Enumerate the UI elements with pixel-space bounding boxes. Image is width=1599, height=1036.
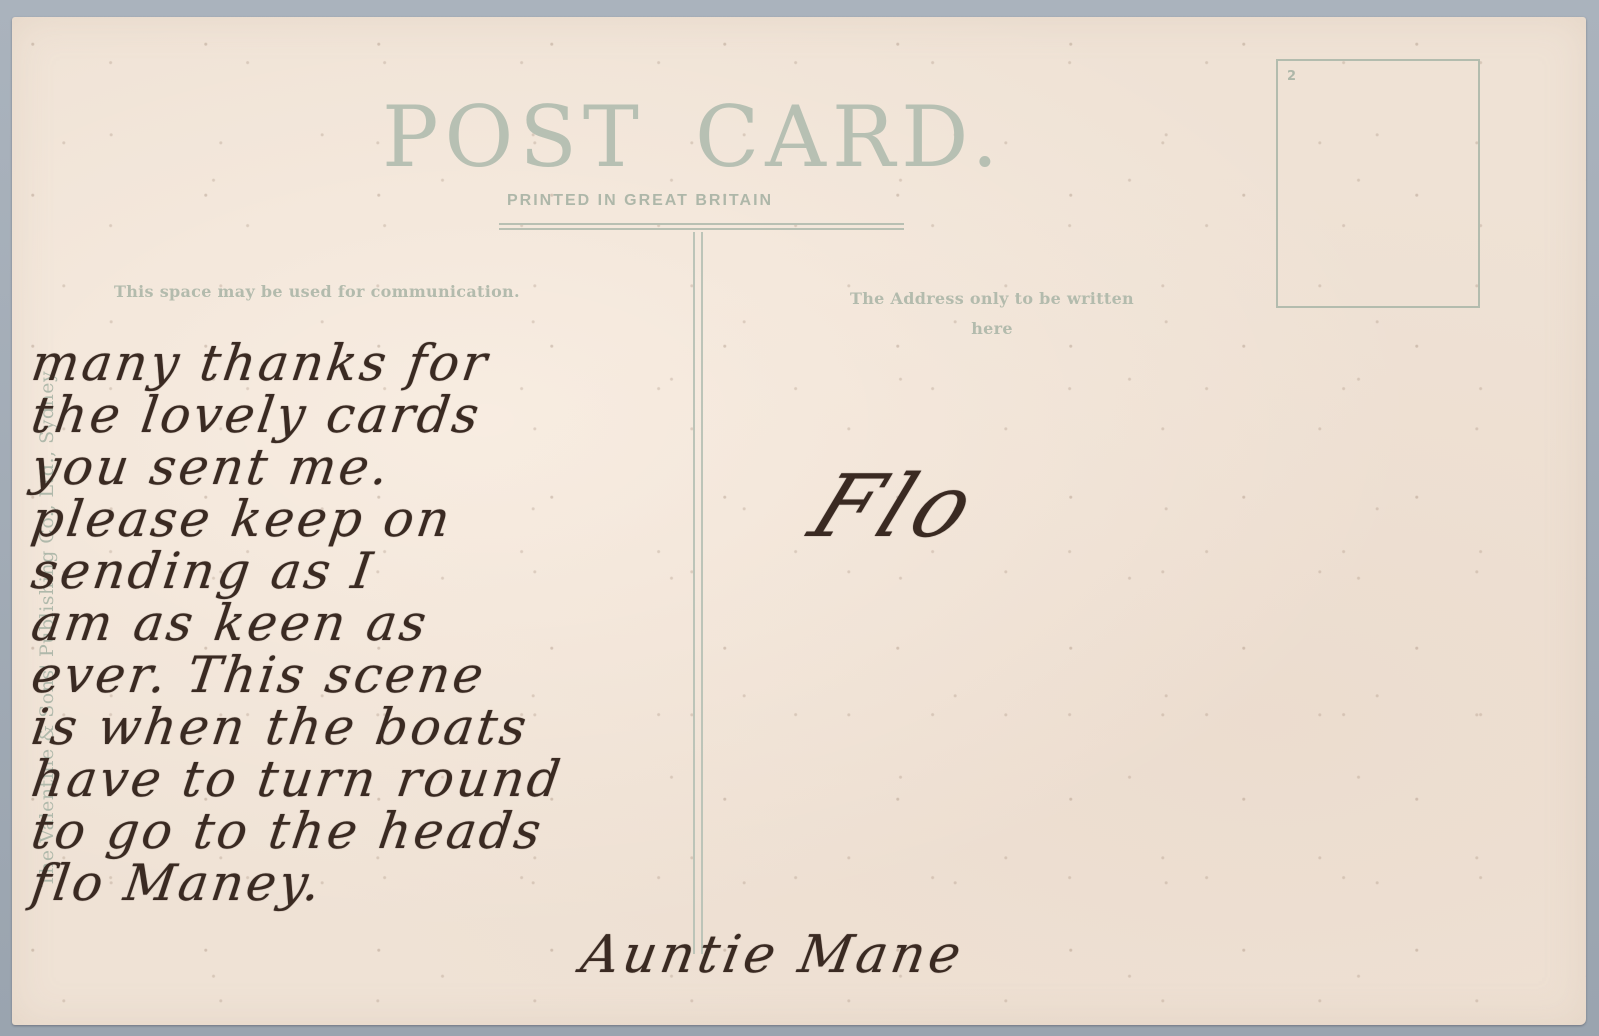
divider-line-right <box>701 232 703 954</box>
stamp-box: 2 <box>1276 59 1480 308</box>
message-line: to go to the heads <box>28 805 566 857</box>
address-label: The Address only to be written here <box>782 284 1202 344</box>
title-rule-bottom <box>499 228 904 230</box>
scan-background: POSTCARD. PRINTED IN GREAT BRITAIN 2 Thi… <box>0 0 1599 1036</box>
handwritten-address: Flo <box>797 457 994 557</box>
message-line: flo Maney. <box>28 857 566 909</box>
communication-label: This space may be used for communication… <box>114 282 520 301</box>
center-divider <box>693 232 705 954</box>
title-word-card: CARD. <box>695 88 1004 186</box>
message-line: many thanks for <box>28 337 566 389</box>
handwritten-signature: Auntie Mane <box>577 925 969 985</box>
stamp-box-number: 2 <box>1287 69 1296 84</box>
printed-in-label: PRINTED IN GREAT BRITAIN <box>507 192 773 210</box>
message-line: am as keen as <box>28 597 566 649</box>
message-line: the lovely cards <box>28 389 566 441</box>
postcard-back: POSTCARD. PRINTED IN GREAT BRITAIN 2 Thi… <box>12 17 1586 1025</box>
message-line: you sent me. <box>28 441 566 493</box>
divider-line-left <box>693 232 695 954</box>
message-line: ever. This scene <box>28 649 566 701</box>
message-line: have to turn round <box>28 753 566 805</box>
postcard-title: POSTCARD. <box>382 95 1062 179</box>
message-line: sending as I <box>28 545 566 597</box>
title-rule-top <box>499 223 904 225</box>
address-label-line-1: The Address only to be written <box>782 284 1202 314</box>
title-word-post: POST <box>382 88 645 186</box>
message-line: is when the boats <box>28 701 566 753</box>
handwritten-message: many thanks for the lovely cards you sen… <box>32 337 563 909</box>
address-label-line-2: here <box>782 314 1202 344</box>
message-line: please keep on <box>28 493 566 545</box>
